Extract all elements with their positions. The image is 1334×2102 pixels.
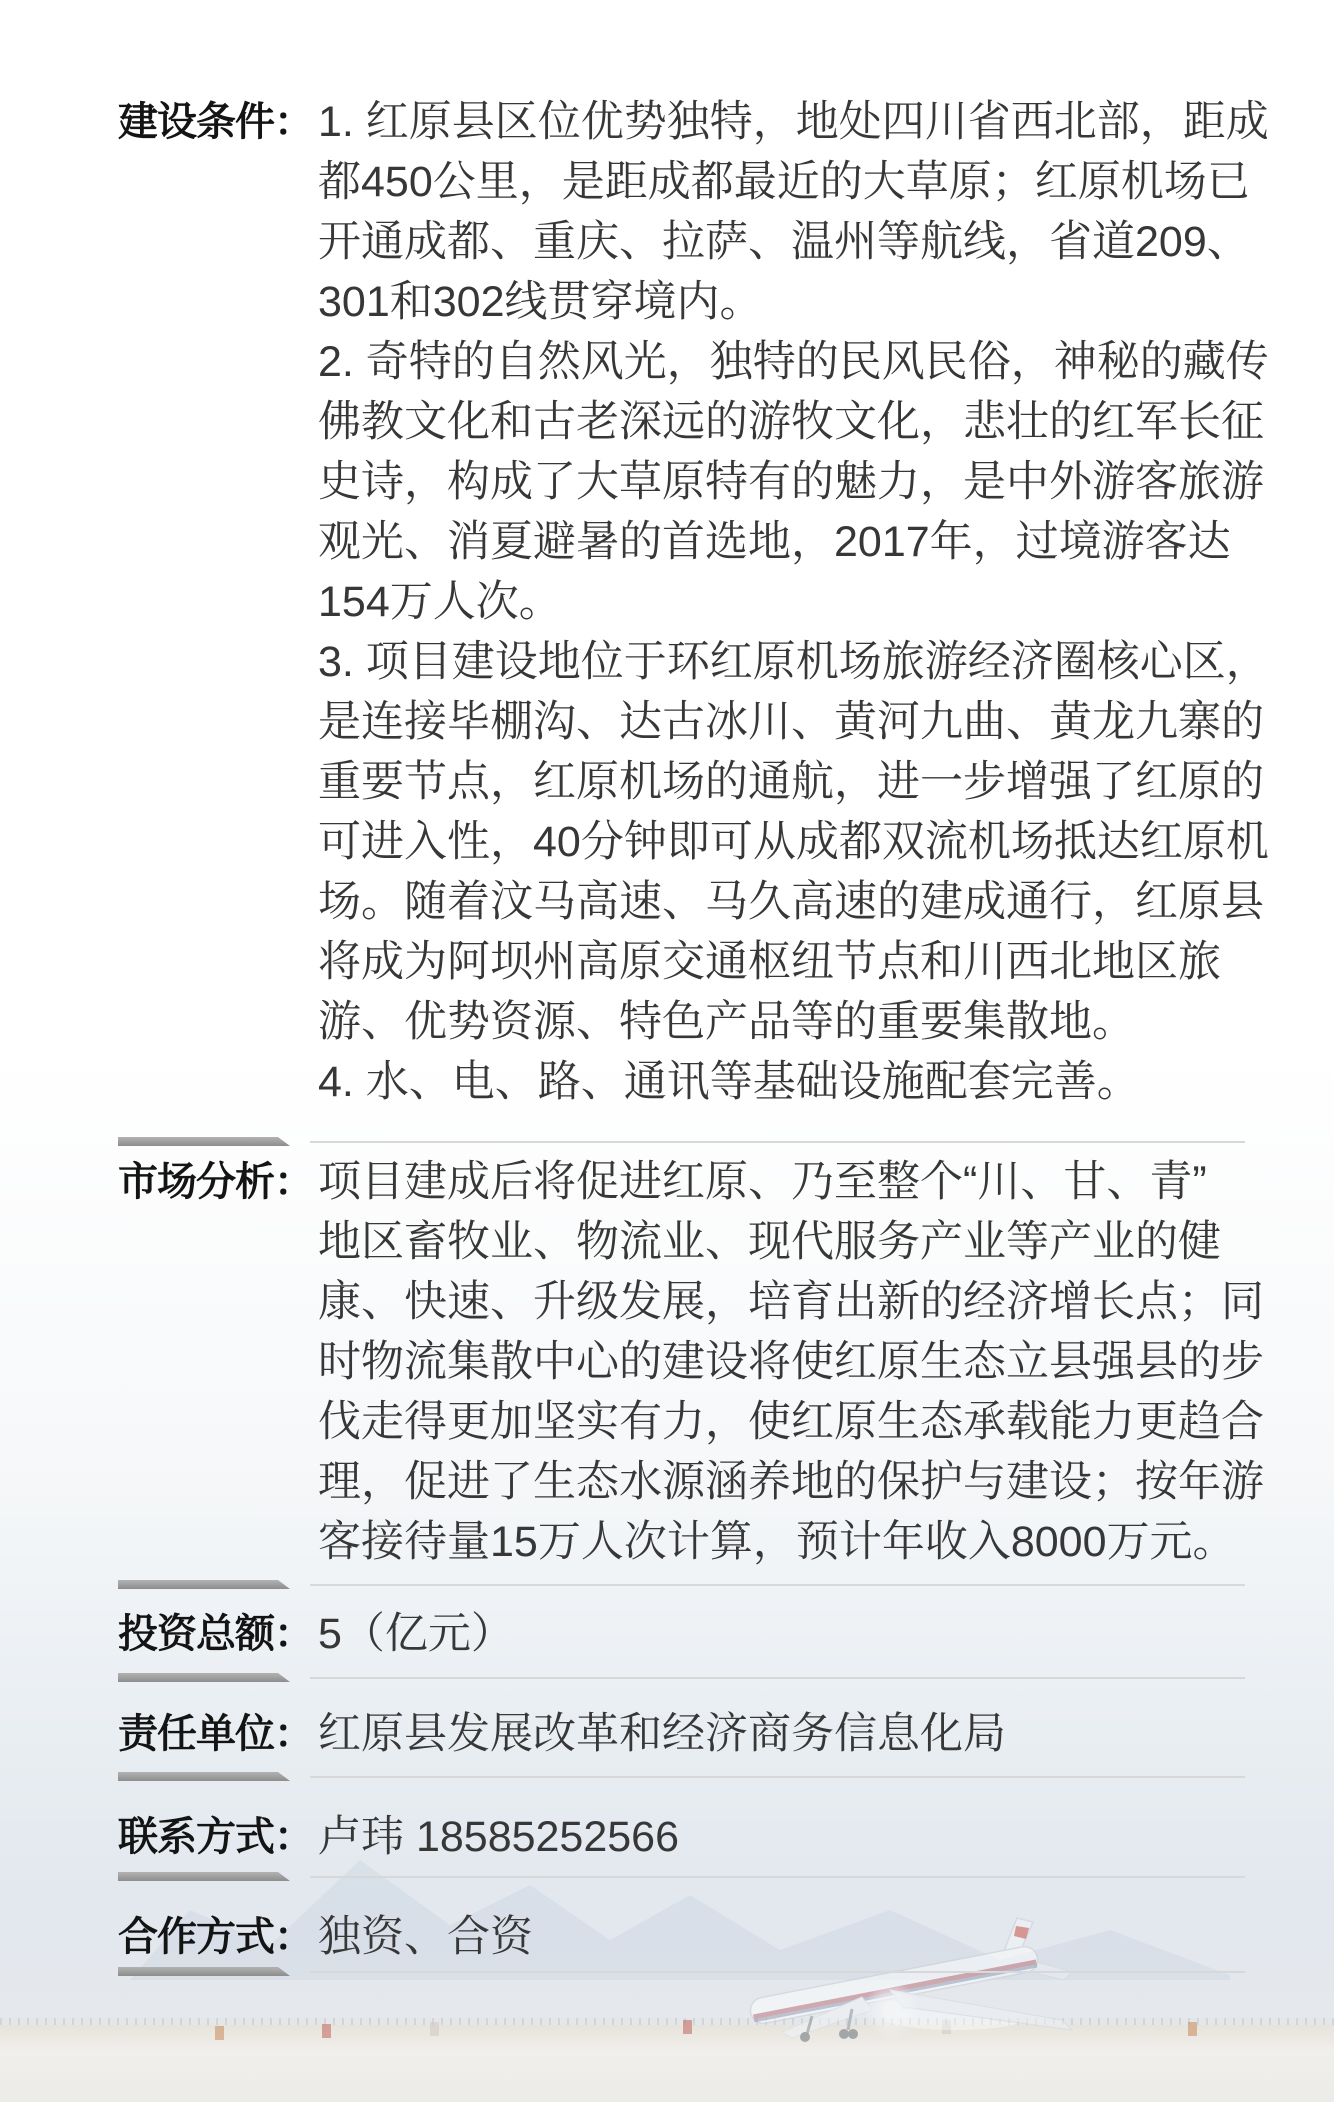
runway-marker xyxy=(322,2024,331,2038)
text-line: 地区畜牧业、物流业、现代服务产业等产业的健 xyxy=(318,1212,1264,1272)
section-divider xyxy=(118,1872,1245,1882)
section-divider xyxy=(118,1772,1245,1782)
section-body-market: 项目建成后将促进红原、乃至整个“川、甘、青” 地区畜牧业、物流业、现代服务产业等… xyxy=(318,1152,1264,1572)
divider-bar xyxy=(118,1673,290,1682)
cooperation-value: 独资、合资 xyxy=(318,1907,1245,1967)
section-label-construction: 建设条件： xyxy=(118,92,318,152)
text-line: 康、快速、升级发展，培育出新的经济增长点；同 xyxy=(318,1272,1264,1332)
text-line: 是连接毕棚沟、达古冰川、黄河九曲、黄龙九寨的 xyxy=(318,692,1269,752)
text-line: 客接待量15万人次计算，预计年收入8000万元。 xyxy=(318,1512,1264,1572)
divider-bar xyxy=(118,1137,290,1146)
text-line: 伐走得更加坚实有力，使红原生态承载能力更趋合 xyxy=(318,1392,1264,1452)
text-line: 2. 奇特的自然风光，独特的民风民俗，神秘的藏传 xyxy=(318,332,1269,392)
text-line: 开通成都、重庆、拉萨、温州等航线，省道209、 xyxy=(318,212,1269,272)
text-line: 将成为阿坝州高原交通枢纽节点和川西北地区旅 xyxy=(318,932,1269,992)
section-market: 市场分析： 项目建成后将促进红原、乃至整个“川、甘、青” 地区畜牧业、物流业、现… xyxy=(118,1152,1245,1572)
responsible-value: 红原县发展改革和经济商务信息化局 xyxy=(318,1704,1245,1764)
divider-line xyxy=(310,1876,1245,1878)
section-divider xyxy=(118,1673,1245,1683)
text-line: 史诗，构成了大草原特有的魅力，是中外游客旅游 xyxy=(318,452,1269,512)
section-contact: 联系方式： 卢玮 18585252566 xyxy=(118,1807,1245,1867)
text-line: 301和302线贯穿境内。 xyxy=(318,272,1269,332)
section-investment: 投资总额： 5（亿元） xyxy=(118,1604,1245,1664)
text-line: 3. 项目建设地位于环红原机场旅游经济圈核心区， xyxy=(318,632,1269,692)
text-line: 154万人次。 xyxy=(318,572,1269,632)
runway-marker xyxy=(215,2026,224,2040)
divider-line xyxy=(310,1141,1245,1143)
divider-line xyxy=(310,1584,1245,1586)
divider-line xyxy=(310,1776,1245,1778)
text-line: 时物流集散中心的建设将使红原生态立县强县的步 xyxy=(318,1332,1264,1392)
section-cooperation: 合作方式： 独资、合资 xyxy=(118,1907,1245,1967)
section-divider xyxy=(118,1137,1245,1147)
text-line: 理，促进了生态水源涵养地的保护与建设；按年游 xyxy=(318,1452,1264,1512)
divider-bar xyxy=(118,1772,290,1781)
text-line: 4. 水、电、路、通讯等基础设施配套完善。 xyxy=(318,1052,1269,1112)
text-line: 项目建成后将促进红原、乃至整个“川、甘、青” xyxy=(318,1152,1264,1212)
section-label-market: 市场分析： xyxy=(118,1152,318,1212)
text-line: 1. 红原县区位优势独特，地处四川省西北部，距成 xyxy=(318,92,1269,152)
investment-value: 5（亿元） xyxy=(318,1604,1245,1664)
runway-marker xyxy=(1188,2022,1197,2036)
section-label-responsible: 责任单位： xyxy=(118,1704,318,1764)
section-divider xyxy=(118,1580,1245,1590)
divider-bar xyxy=(118,1580,290,1589)
text-line: 佛教文化和古老深远的游牧文化，悲壮的红军长征 xyxy=(318,392,1269,452)
section-construction: 建设条件： 1. 红原县区位优势独特，地处四川省西北部，距成 都450公里，是距… xyxy=(118,92,1245,1112)
section-label-investment: 投资总额： xyxy=(118,1604,318,1664)
section-responsible: 责任单位： 红原县发展改革和经济商务信息化局 xyxy=(118,1704,1245,1764)
text-line: 观光、消夏避暑的首选地，2017年，过境游客达 xyxy=(318,512,1269,572)
divider-line xyxy=(310,1971,1245,1973)
section-divider xyxy=(118,1967,1245,1977)
text-line: 场。随着汶马高速、马久高速的建成通行，红原县 xyxy=(318,872,1269,932)
text-line: 游、优势资源、特色产品等的重要集散地。 xyxy=(318,992,1269,1052)
divider-bar xyxy=(118,1872,290,1881)
divider-bar xyxy=(118,1967,290,1976)
runway-marker xyxy=(683,2020,692,2034)
section-body-construction: 1. 红原县区位优势独特，地处四川省西北部，距成 都450公里，是距成都最近的大… xyxy=(318,92,1269,1112)
divider-line xyxy=(310,1677,1245,1679)
document-page: 建设条件： 1. 红原县区位优势独特，地处四川省西北部，距成 都450公里，是距… xyxy=(0,0,1334,2102)
text-line: 可进入性，40分钟即可从成都双流机场抵达红原机 xyxy=(318,812,1269,872)
runway-marker xyxy=(430,2022,439,2036)
contact-value: 卢玮 18585252566 xyxy=(318,1807,1245,1867)
section-label-contact: 联系方式： xyxy=(118,1807,318,1867)
section-label-cooperation: 合作方式： xyxy=(118,1907,318,1967)
text-line: 重要节点，红原机场的通航，进一步增强了红原的 xyxy=(318,752,1269,812)
text-line: 都450公里，是距成都最近的大草原；红原机场已 xyxy=(318,152,1269,212)
